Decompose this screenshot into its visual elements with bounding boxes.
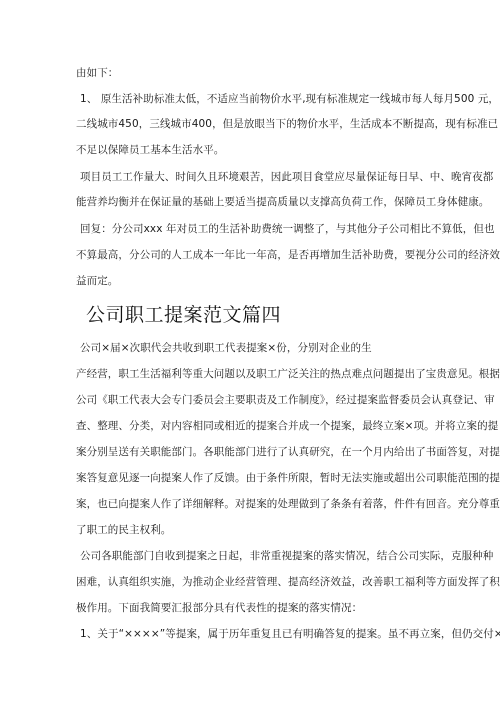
- paragraph-line: 公司×届×次职代会共收到职工代表提案×份，分别对企业的生: [80, 341, 372, 355]
- paragraph-line: 益而定。: [76, 274, 118, 288]
- paragraph-line: 能营养均衡并在保证量的基础上要适当提高质量以支撑高负荷工作，保障员工身体健康。: [76, 195, 489, 209]
- paragraph-line: 公司《职工代表大会专门委员会主要职责及工作制度》，经过提案监督委员会认真登记、审: [76, 393, 495, 407]
- paragraph-line: 由如下：: [76, 66, 118, 80]
- paragraph-line: 不算最高，分公司的人工成本一年比一年高，是否再增加生活补助费，要视分公司的经济效: [76, 248, 500, 262]
- paragraph-line: 项目员工工作量大、时间久且环境艰苦，因此项目食堂应尽量保证每日早、中、晚宵夜都: [80, 170, 493, 184]
- section-heading: 公司职工提案范文篇四: [86, 303, 281, 327]
- paragraph-line: 查、整理、分类，对内容相同或相近的提案合并成一个提案，最终立案×项。并将立案的提: [76, 419, 498, 433]
- paragraph-line: 案，也已向提案人作了详细解释。对提案的处理做到了条条有着落，件件有回音。充分尊重: [76, 497, 500, 511]
- paragraph-line: 不足以保障员工基本生活水平。: [76, 143, 224, 157]
- paragraph-line: 1、关于“××××”等提案，属于历年重复且已有明确答复的提案。虽不再立案，但仍交…: [80, 627, 500, 641]
- paragraph-line: 公司各职能部门自收到提案之日起，非常重视提案的落实情况，结合公司实际，克服种种: [80, 549, 493, 563]
- paragraph-line: 极作用。下面我简要汇报部分具有代表性的提案的落实情况：: [76, 601, 362, 615]
- paragraph-line: 二线城市450，三线城市400，但是放眼当下的物价水平，生活成本不断提高，现有标…: [76, 117, 498, 131]
- paragraph-line: 困难，认真组织实施，为推动企业经营管理、提高经济效益，改善职工福利等方面发挥了积: [76, 575, 500, 589]
- paragraph-line: 产经营，职工生活福利等重大问题以及职工广泛关注的热点难点问题提出了宝贵意见。根据: [76, 367, 500, 381]
- paragraph-line: 1、 原生活补助标准太低，不适应当前物价水平,现有标准规定一线城市每人每月500…: [80, 92, 499, 106]
- document-page: 由如下： 1、 原生活补助标准太低，不适应当前物价水平,现有标准规定一线城市每人…: [0, 0, 500, 707]
- paragraph-line: 了职工的民主权利。: [76, 523, 171, 537]
- paragraph-line: 案答复意见逐一向提案人作了反馈。由于条件所限，暂时无法实施或超出公司职能范围的提: [76, 471, 500, 485]
- paragraph-line: 回复：分公司xxx 年对员工的生活补助费统一调整了，与其他分子公司相比不算低，但…: [80, 222, 495, 236]
- paragraph-line: 案分别呈送有关职能部门。各职能部门进行了认真研究，在一个月内给出了书面答复，对提: [76, 445, 500, 459]
